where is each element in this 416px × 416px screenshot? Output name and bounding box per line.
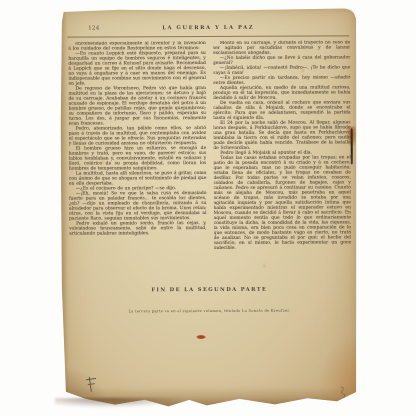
scanned-book-page-photo: { "page": { "number": "124", "running_ti…: [0, 0, 416, 416]
nail-line: [351, 128, 353, 164]
paragraph: De regreso de Vorontsovo, Pedro vió que …: [68, 86, 206, 127]
rusty-nail-mark: [347, 126, 357, 166]
pencil-mark: [86, 376, 99, 392]
publisher-note: La tercera parte va en el siguiente volu…: [61, 308, 357, 313]
right-column: Montó en su carruaje, y durante el traye…: [213, 40, 351, 255]
foxing-spot: [261, 264, 267, 268]
paragraph: De vuelta en casa, ordenó al cochero que…: [213, 100, 351, 121]
paragraph: Todas las casas estaban ocupadas por las…: [213, 155, 351, 251]
left-column: encomendado especialmente al inventor y …: [68, 41, 206, 256]
foxing-spot: [101, 159, 106, 165]
paragraph: —¿No habéis dicho que se lleve á casa de…: [213, 55, 351, 66]
paragraph: encomendado especialmente al inventor y …: [68, 41, 206, 52]
paragraph: Montó en su carruaje, y durante el traye…: [213, 40, 351, 56]
text-columns: encomendado especialmente al inventor y …: [68, 40, 351, 255]
paragraph: Pedro, atemorizado, tan pálido como ello…: [69, 126, 207, 147]
paragraph: —¡Imbécil, idiota! —contestó Pedro—. ¡Te…: [213, 65, 351, 76]
end-of-part-title: FIN DE LA SEGUNDA PARTE: [61, 286, 357, 293]
paragraph: Pedro exhaló un gemido sordo, frunció la…: [69, 221, 207, 237]
header-rule: [67, 35, 349, 37]
foxing-spot: [151, 309, 158, 314]
book-page: 124 LA GUERRA Y LA PAZ encomendado espec…: [60, 8, 358, 407]
running-title: LA GUERRA Y LA PAZ: [67, 24, 349, 31]
red-ink-stain: [197, 335, 206, 339]
pencil-stroke: [86, 378, 96, 380]
paragraph: El 24 por la noche salió de Moscou. Al l…: [213, 120, 351, 151]
paragraph: El hombre grueso hizo un esfuerzo, se en…: [69, 146, 207, 172]
foxing-spot: [300, 69, 305, 73]
paragraph: —En cuanto Leppich esté dispuesto, prepa…: [68, 51, 206, 87]
paragraph: Aquella ejecución, en medio de una multi…: [213, 85, 351, 101]
paragraph: La multitud, hasta allí silenciosa, se p…: [69, 171, 207, 187]
paragraph: —Es preciso partir sin tardanza, hoy mis…: [213, 75, 351, 86]
page-header: 124 LA GUERRA Y LA PAZ: [67, 24, 349, 33]
pencil-stroke: [88, 383, 95, 385]
page-curl-shadow: [55, 398, 185, 408]
paragraph: —¡Eh, mosiú! Se ve que la salsa rusa es …: [69, 191, 207, 222]
